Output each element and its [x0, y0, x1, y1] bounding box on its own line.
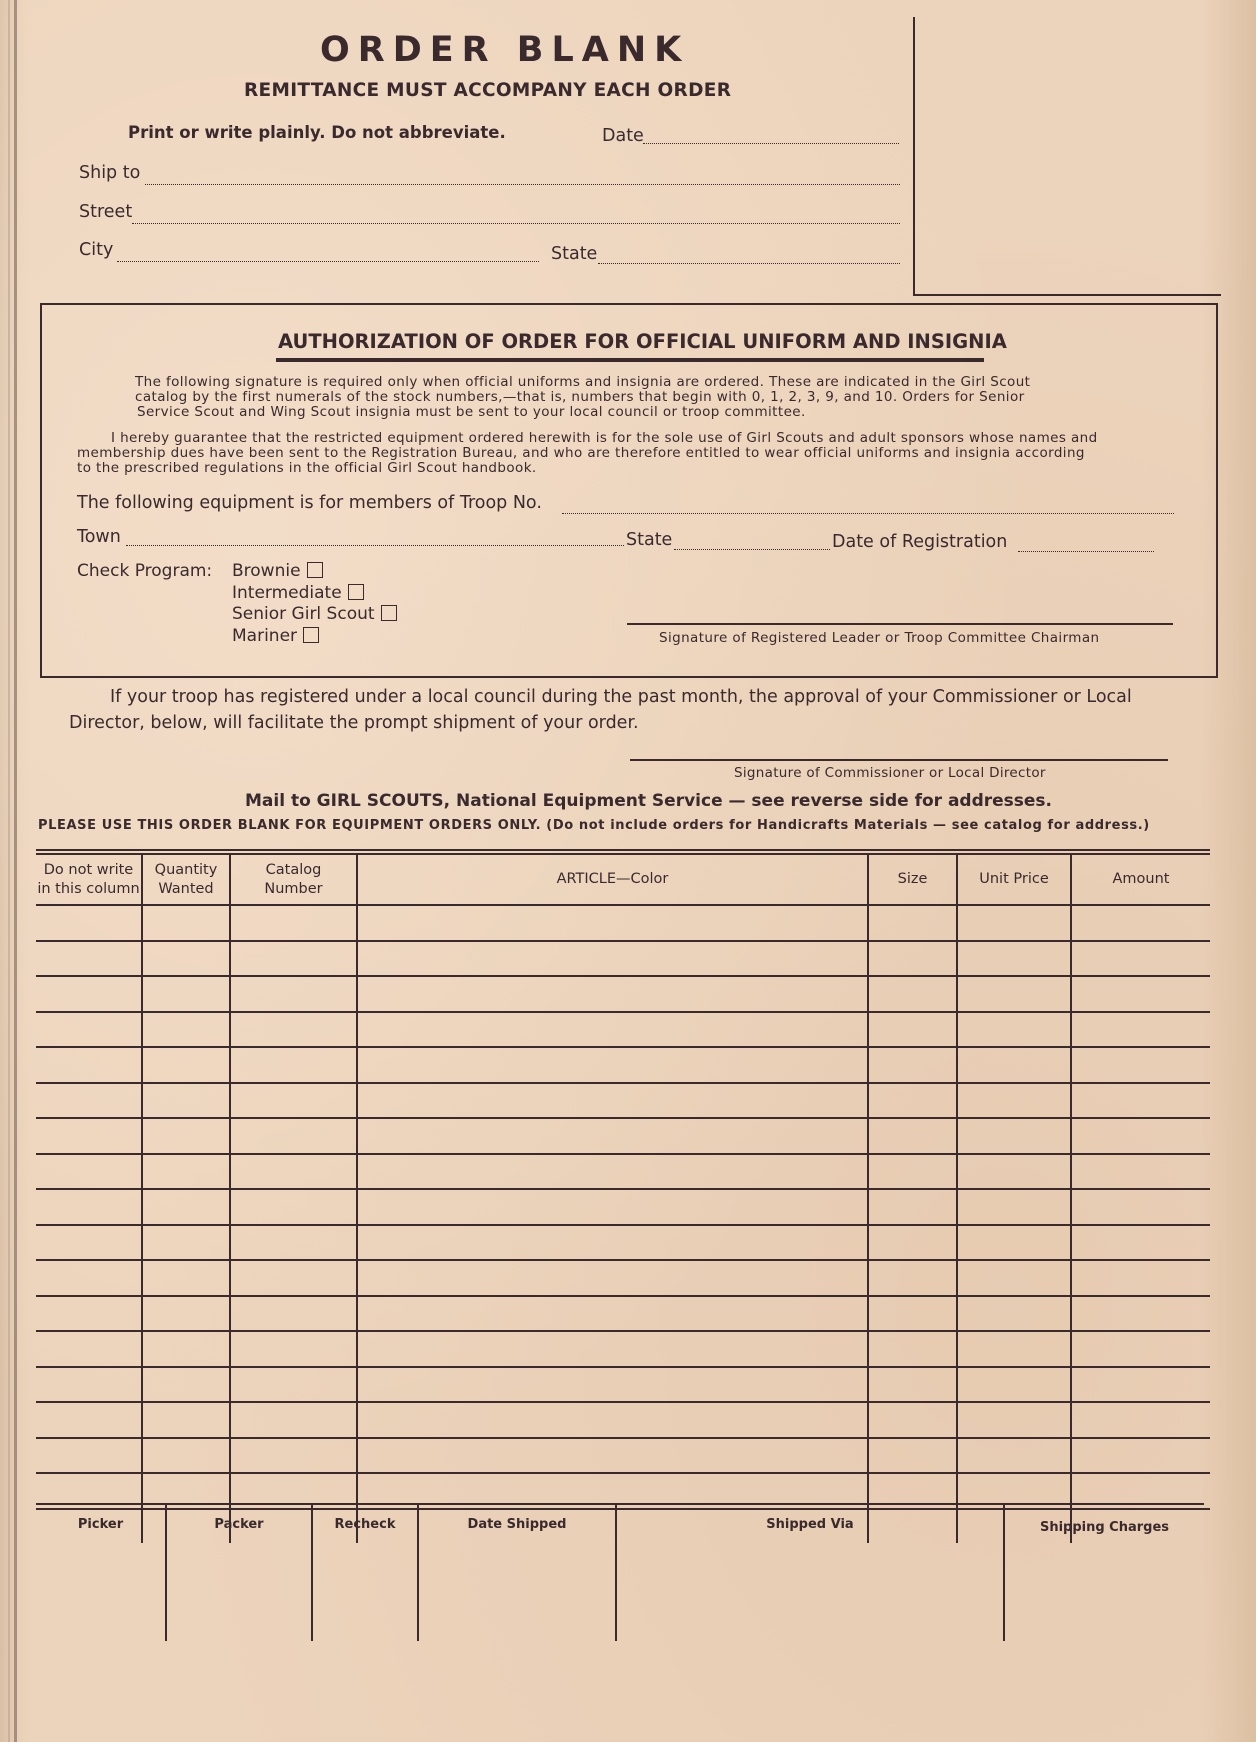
- order-cell[interactable]: [230, 1083, 357, 1119]
- order-cell[interactable]: [957, 1402, 1071, 1438]
- order-cell[interactable]: [868, 1331, 957, 1367]
- guarantee-line3: to the prescribed regulations in the off…: [77, 461, 537, 476]
- form-title: ORDER BLANK: [320, 30, 689, 70]
- town-field[interactable]: [126, 545, 624, 546]
- order-row: [36, 905, 1210, 941]
- street-field[interactable]: [132, 223, 900, 224]
- order-cell[interactable]: [36, 1402, 142, 1438]
- order-cell[interactable]: [1071, 1331, 1210, 1367]
- approval-text-line1: If your troop has registered under a loc…: [110, 684, 1132, 710]
- authorization-para1-line3: Service Scout and Wing Scout insignia mu…: [137, 405, 806, 420]
- state-label: State: [551, 244, 597, 264]
- program-senior-label: Senior Girl Scout: [232, 604, 375, 624]
- order-row: [36, 1402, 1210, 1438]
- order-row: [36, 1118, 1210, 1154]
- office-use-box: [913, 17, 1221, 296]
- mail-to-instruction: Mail to GIRL SCOUTS, National Equipment …: [245, 791, 1052, 811]
- order-cell[interactable]: [142, 1402, 230, 1438]
- order-cell[interactable]: [142, 1260, 230, 1296]
- order-cell[interactable]: [957, 1189, 1071, 1225]
- city-field[interactable]: [117, 261, 539, 262]
- order-cell[interactable]: [36, 1225, 142, 1261]
- commissioner-signature-line[interactable]: [630, 759, 1168, 761]
- order-cell[interactable]: [868, 1012, 957, 1048]
- order-cell[interactable]: [142, 1225, 230, 1261]
- guarantee-line2: membership dues have been sent to the Re…: [77, 446, 1085, 461]
- town-label: Town: [77, 527, 121, 547]
- order-row: [36, 1012, 1210, 1048]
- order-cell[interactable]: [357, 1438, 868, 1474]
- order-cell[interactable]: [868, 1367, 957, 1403]
- order-cell[interactable]: [1071, 1083, 1210, 1119]
- order-cell[interactable]: [868, 1083, 957, 1119]
- order-cell[interactable]: [357, 1154, 868, 1190]
- order-cell[interactable]: [230, 1260, 357, 1296]
- order-cell[interactable]: [868, 905, 957, 941]
- order-cell[interactable]: [357, 1189, 868, 1225]
- order-cell[interactable]: [230, 1438, 357, 1474]
- program-intermediate-label: Intermediate: [232, 583, 342, 603]
- col-office-use: Do not writein this column: [36, 852, 142, 905]
- authorization-para1-line2: catalog by the first numerals of the sto…: [135, 390, 1025, 405]
- authorization-heading: AUTHORIZATION OF ORDER FOR OFFICIAL UNIF…: [278, 330, 1007, 353]
- order-cell[interactable]: [230, 941, 357, 977]
- order-cell[interactable]: [230, 1189, 357, 1225]
- order-cell[interactable]: [36, 1118, 142, 1154]
- order-cell[interactable]: [142, 1331, 230, 1367]
- order-cell[interactable]: [868, 1154, 957, 1190]
- order-cell[interactable]: [36, 1296, 142, 1332]
- ship-to-field[interactable]: [145, 184, 900, 185]
- order-row: [36, 1331, 1210, 1367]
- order-cell[interactable]: [36, 1012, 142, 1048]
- program-mariner-label: Mariner: [232, 626, 297, 646]
- order-cell[interactable]: [357, 1296, 868, 1332]
- order-cell[interactable]: [142, 1438, 230, 1474]
- order-cell[interactable]: [1071, 1118, 1210, 1154]
- order-cell[interactable]: [142, 1189, 230, 1225]
- order-cell[interactable]: [957, 976, 1071, 1012]
- order-table: Do not writein this column QuantityWante…: [36, 849, 1210, 1543]
- city-label: City: [79, 240, 113, 260]
- order-cell[interactable]: [36, 1047, 142, 1083]
- program-senior[interactable]: Senior Girl Scout: [232, 604, 397, 624]
- order-cell[interactable]: [230, 905, 357, 941]
- order-cell[interactable]: [957, 905, 1071, 941]
- order-cell[interactable]: [142, 976, 230, 1012]
- order-cell[interactable]: [142, 1154, 230, 1190]
- col-size: Size: [868, 852, 957, 905]
- order-cell[interactable]: [1071, 1189, 1210, 1225]
- order-cell[interactable]: [357, 1012, 868, 1048]
- order-cell[interactable]: [357, 1083, 868, 1119]
- order-cell[interactable]: [357, 1118, 868, 1154]
- troop-number-label: The following equipment is for members o…: [77, 493, 542, 513]
- order-cell[interactable]: [142, 1047, 230, 1083]
- leader-signature-caption: Signature of Registered Leader or Troop …: [659, 630, 1099, 646]
- order-cell[interactable]: [957, 1331, 1071, 1367]
- order-cell[interactable]: [230, 1047, 357, 1083]
- shipped-via-cell[interactable]: Shipped Via: [617, 1505, 1005, 1641]
- order-cell[interactable]: [868, 1047, 957, 1083]
- order-cell[interactable]: [230, 1331, 357, 1367]
- program-intermediate[interactable]: Intermediate: [232, 583, 364, 603]
- order-row: [36, 1189, 1210, 1225]
- order-cell[interactable]: [1071, 1367, 1210, 1403]
- order-cell[interactable]: [957, 1225, 1071, 1261]
- order-cell[interactable]: [230, 1296, 357, 1332]
- page-binding-line: [14, 0, 17, 1742]
- order-cell[interactable]: [957, 1047, 1071, 1083]
- brownie-checkbox[interactable]: [307, 562, 323, 578]
- equipment-only-notice: PLEASE USE THIS ORDER BLANK FOR EQUIPMEN…: [38, 818, 1150, 833]
- date-shipped-cell[interactable]: Date Shipped: [419, 1505, 617, 1641]
- order-cell[interactable]: [357, 1260, 868, 1296]
- col-article-color: ARTICLE—Color: [357, 852, 868, 905]
- order-table-header: Do not writein this column QuantityWante…: [36, 852, 1210, 905]
- order-cell[interactable]: [357, 1402, 868, 1438]
- order-cell[interactable]: [957, 1083, 1071, 1119]
- order-cell[interactable]: [1071, 905, 1210, 941]
- order-cell[interactable]: [36, 1331, 142, 1367]
- page-binding-edge: [8, 0, 10, 1742]
- order-cell[interactable]: [1071, 1296, 1210, 1332]
- order-cell[interactable]: [36, 905, 142, 941]
- state-field[interactable]: [598, 263, 900, 264]
- order-cell[interactable]: [868, 1402, 957, 1438]
- leader-signature-line[interactable]: [627, 623, 1173, 625]
- order-cell[interactable]: [1071, 1438, 1210, 1474]
- order-cell[interactable]: [957, 1012, 1071, 1048]
- order-cell[interactable]: [36, 1260, 142, 1296]
- mariner-checkbox[interactable]: [303, 627, 319, 643]
- date-label: Date: [602, 126, 644, 146]
- guarantee-line1: I hereby guarantee that the restricted e…: [111, 431, 1098, 446]
- order-row: [36, 1225, 1210, 1261]
- order-cell[interactable]: [868, 1296, 957, 1332]
- order-cell[interactable]: [142, 1367, 230, 1403]
- auth-state-field[interactable]: [674, 549, 830, 550]
- program-brownie[interactable]: Brownie: [232, 561, 323, 581]
- order-cell[interactable]: [230, 1118, 357, 1154]
- col-quantity: QuantityWanted: [142, 852, 230, 905]
- order-cell[interactable]: [868, 1225, 957, 1261]
- col-catalog-number: CatalogNumber: [230, 852, 357, 905]
- order-cell[interactable]: [868, 1260, 957, 1296]
- order-cell[interactable]: [957, 1118, 1071, 1154]
- order-cell[interactable]: [1071, 1012, 1210, 1048]
- check-program-label: Check Program:: [77, 561, 212, 581]
- col-amount: Amount: [1071, 852, 1210, 905]
- order-row: [36, 1083, 1210, 1119]
- order-cell[interactable]: [142, 1012, 230, 1048]
- order-cell[interactable]: [142, 1083, 230, 1119]
- intermediate-checkbox[interactable]: [348, 584, 364, 600]
- order-cell[interactable]: [230, 976, 357, 1012]
- order-cell[interactable]: [957, 1296, 1071, 1332]
- recheck-cell[interactable]: Recheck: [313, 1505, 419, 1641]
- order-cell[interactable]: [142, 1118, 230, 1154]
- order-cell[interactable]: [1071, 1260, 1210, 1296]
- order-cell[interactable]: [1071, 1047, 1210, 1083]
- order-cell[interactable]: [36, 976, 142, 1012]
- order-cell[interactable]: [230, 1012, 357, 1048]
- street-label: Street: [79, 202, 132, 222]
- form-subtitle: REMITTANCE MUST ACCOMPANY EACH ORDER: [244, 80, 731, 101]
- shipping-footer: Picker Packer Recheck Date Shipped Shipp…: [36, 1503, 1204, 1645]
- order-cell[interactable]: [1071, 1154, 1210, 1190]
- ship-to-label: Ship to: [79, 163, 140, 183]
- order-row: [36, 941, 1210, 977]
- order-cell[interactable]: [36, 1154, 142, 1190]
- order-cell[interactable]: [36, 1367, 142, 1403]
- order-cell[interactable]: [142, 905, 230, 941]
- order-cell[interactable]: [230, 1367, 357, 1403]
- heading-underline: [276, 358, 984, 362]
- order-row: [36, 1438, 1210, 1474]
- order-cell[interactable]: [1071, 1402, 1210, 1438]
- order-cell[interactable]: [357, 976, 868, 1012]
- order-cell[interactable]: [957, 1438, 1071, 1474]
- order-cell[interactable]: [1071, 941, 1210, 977]
- senior-checkbox[interactable]: [381, 605, 397, 621]
- order-row: [36, 1047, 1210, 1083]
- shipping-charges-cell[interactable]: Shipping Charges: [1005, 1505, 1204, 1641]
- order-cell[interactable]: [957, 1367, 1071, 1403]
- order-row: [36, 1154, 1210, 1190]
- date-of-registration-label: Date of Registration: [832, 532, 1007, 552]
- auth-state-label: State: [626, 530, 672, 550]
- col-unit-price: Unit Price: [957, 852, 1071, 905]
- order-cell[interactable]: [142, 1296, 230, 1332]
- packer-cell[interactable]: Packer: [167, 1505, 313, 1641]
- order-row: [36, 1296, 1210, 1332]
- order-cell[interactable]: [357, 1047, 868, 1083]
- order-cell[interactable]: [36, 1189, 142, 1225]
- order-cell[interactable]: [957, 1154, 1071, 1190]
- commissioner-signature-caption: Signature of Commissioner or Local Direc…: [734, 765, 1046, 781]
- order-cell[interactable]: [868, 1189, 957, 1225]
- order-cell[interactable]: [357, 905, 868, 941]
- order-cell[interactable]: [1071, 976, 1210, 1012]
- order-cell[interactable]: [230, 1402, 357, 1438]
- order-row: [36, 976, 1210, 1012]
- program-mariner[interactable]: Mariner: [232, 626, 319, 646]
- authorization-para1-line1: The following signature is required only…: [135, 375, 1030, 390]
- order-cell[interactable]: [957, 941, 1071, 977]
- print-instruction: Print or write plainly. Do not abbreviat…: [128, 123, 506, 142]
- order-cell[interactable]: [357, 1225, 868, 1261]
- order-cell[interactable]: [36, 1083, 142, 1119]
- order-cell[interactable]: [36, 1438, 142, 1474]
- order-cell[interactable]: [868, 1118, 957, 1154]
- program-brownie-label: Brownie: [232, 561, 301, 581]
- order-row: [36, 1367, 1210, 1403]
- order-cell[interactable]: [957, 1260, 1071, 1296]
- order-cell[interactable]: [868, 941, 957, 977]
- order-cell[interactable]: [868, 1438, 957, 1474]
- order-cell[interactable]: [357, 941, 868, 977]
- date-field[interactable]: [643, 143, 899, 144]
- order-cell[interactable]: [142, 941, 230, 977]
- picker-cell[interactable]: Picker: [36, 1505, 167, 1641]
- order-cell[interactable]: [1071, 1225, 1210, 1261]
- approval-text-line2: Director, below, will facilitate the pro…: [69, 710, 639, 736]
- order-row: [36, 1260, 1210, 1296]
- order-cell[interactable]: [230, 1225, 357, 1261]
- troop-number-field[interactable]: [562, 513, 1174, 514]
- order-cell[interactable]: [357, 1331, 868, 1367]
- date-of-registration-field[interactable]: [1018, 551, 1154, 552]
- order-cell[interactable]: [36, 941, 142, 977]
- order-cell[interactable]: [357, 1367, 868, 1403]
- order-cell[interactable]: [868, 976, 957, 1012]
- order-cell[interactable]: [230, 1154, 357, 1190]
